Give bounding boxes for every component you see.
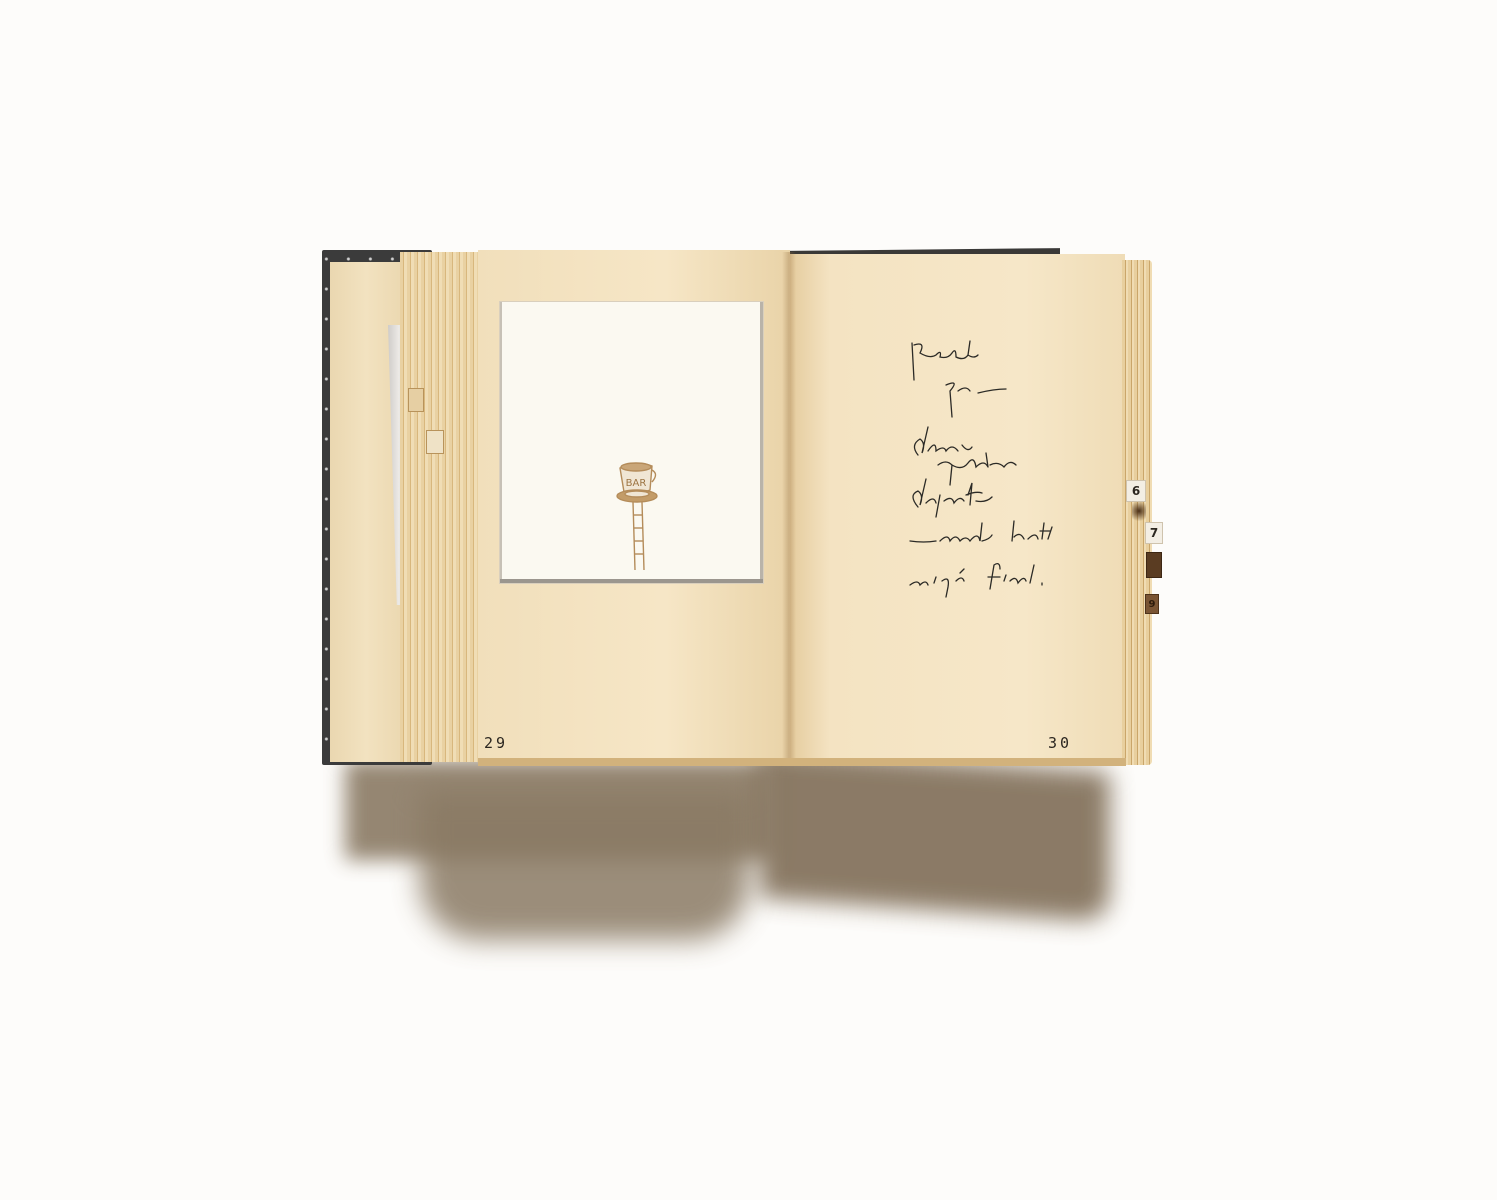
index-tab[interactable]: 6 — [1126, 480, 1146, 502]
book-shadow-left — [420, 790, 750, 940]
page-number-left: 29 — [484, 734, 508, 752]
bar-sign-icon: BAR — [612, 460, 662, 572]
left-page-edges — [400, 252, 480, 762]
bottom-page-edge — [478, 758, 1126, 766]
book-gutter — [782, 252, 796, 764]
index-tab[interactable]: 9 — [1145, 594, 1159, 614]
book-shadow-right — [760, 748, 1110, 922]
svg-text:BAR: BAR — [626, 478, 647, 489]
page-number-right: 30 — [1048, 734, 1072, 752]
handwriting-transcription: Recorde per deixis puede dejarte marcado… — [906, 335, 1076, 605]
left-paper-tab — [426, 430, 444, 454]
index-tab[interactable]: 7 — [1145, 522, 1163, 544]
index-tab[interactable] — [1146, 552, 1162, 578]
left-paper-tab — [408, 388, 424, 412]
